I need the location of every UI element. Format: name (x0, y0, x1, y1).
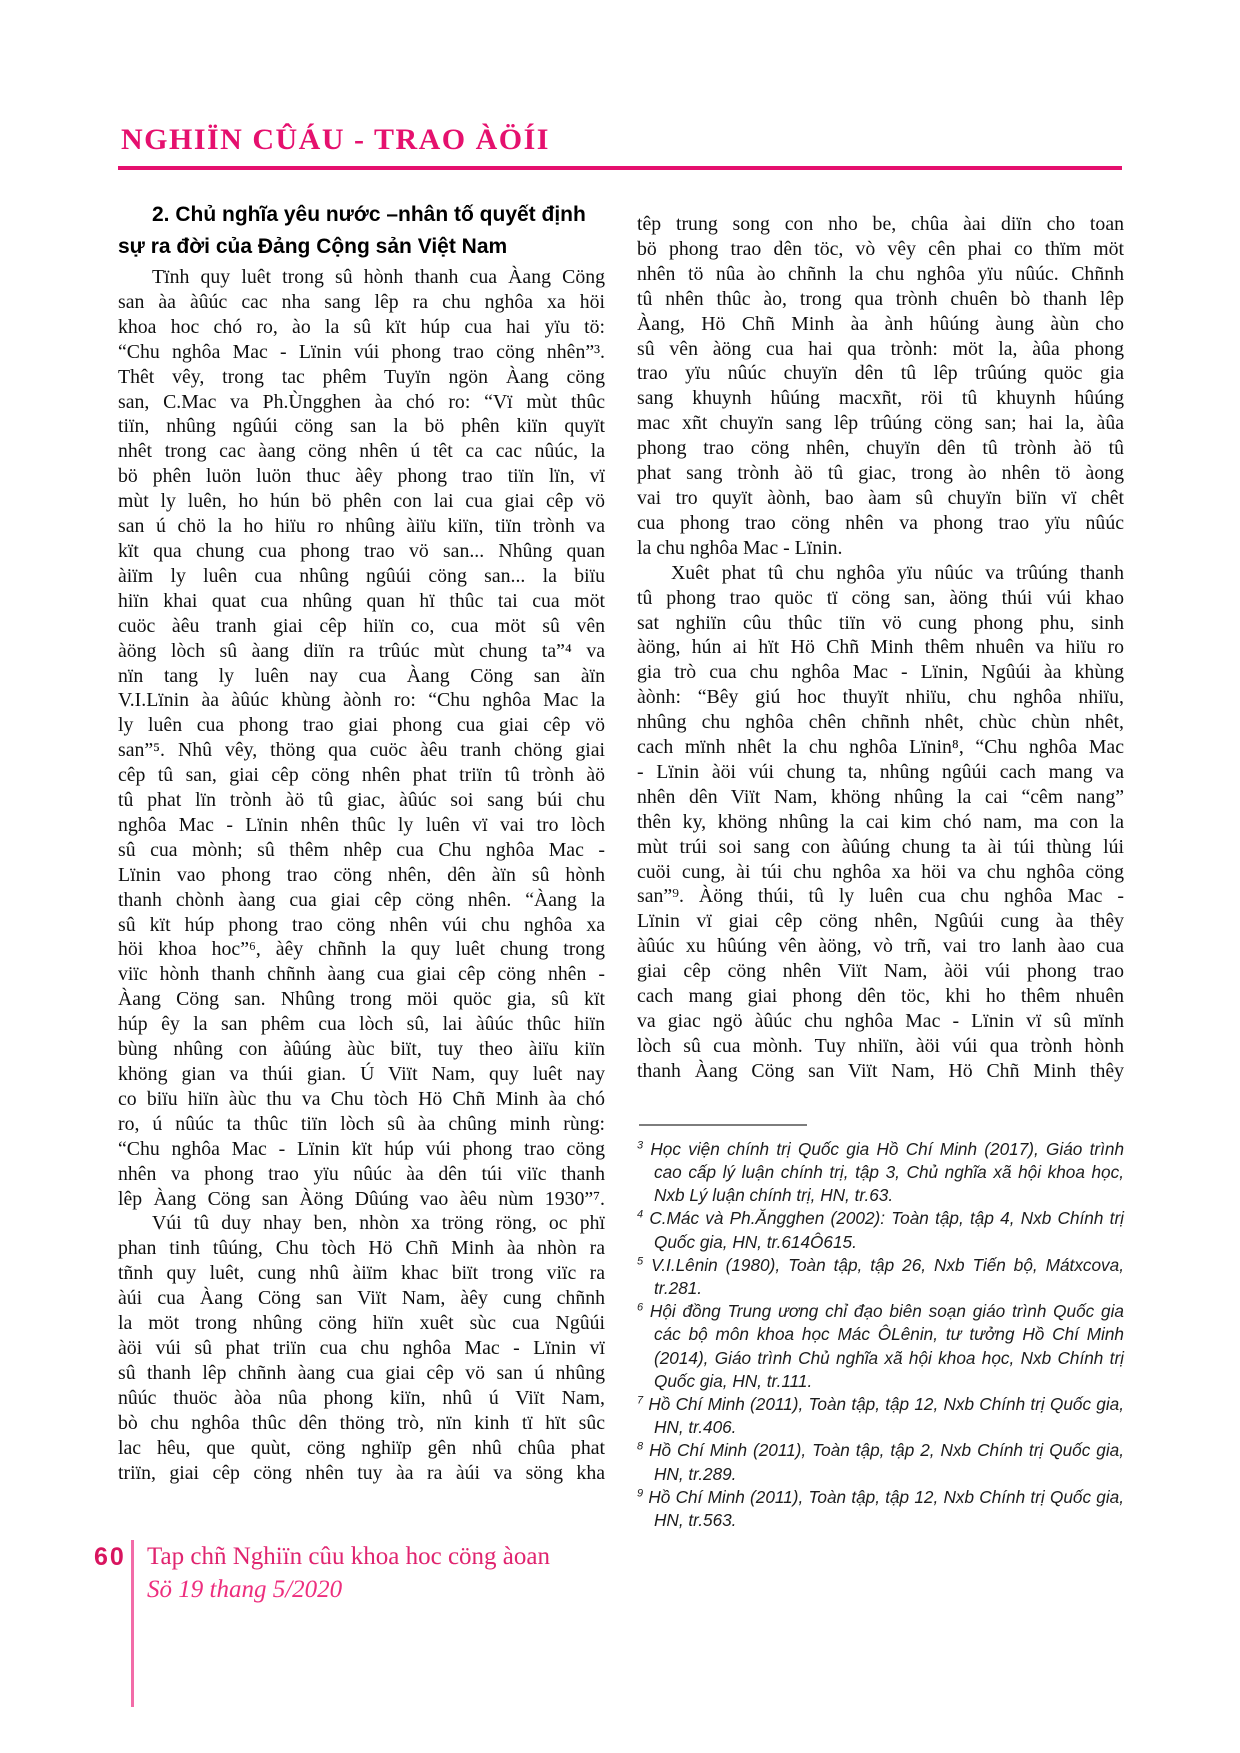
text-line: cêp tû san, giai cêp cöng nhên phat triï… (118, 763, 605, 788)
text-line: la chu nghôa Mac - Lïnin. (637, 536, 1124, 561)
text-line: Tïnh quy luêt trong sû hònh thanh cua Àa… (118, 265, 605, 290)
text-line: Thêt vêy, trong tac phêm Tuyïn ngön Àang… (118, 365, 605, 390)
text-line: tiïn, nhûng ngûúi cöng san la bö phên ki… (118, 414, 605, 439)
text-line: àöng, hún ai hït Hö Chñ Minh thêm nhuên … (637, 635, 1124, 660)
footnote-number: 8 (637, 1441, 643, 1453)
text-line: co biïu hiïn àùc thu va Chu tòch Hö Chñ … (118, 1087, 605, 1112)
footer-journal-info: Tap chñ Nghiïn cûu khoa hoc cöng àoan Sö… (147, 1540, 550, 1606)
text-line: thên ky, khöng nhûng la cai kim chó nam,… (637, 810, 1124, 835)
text-line: sû cua mònh; sû thêm nhêp cua Chu nghôa … (118, 838, 605, 863)
left-column-text: Tïnh quy luêt trong sû hònh thanh cua Àa… (118, 265, 605, 1485)
text-line: san”⁹. Àöng thúi, tû ly luên cua chu ngh… (637, 884, 1124, 909)
text-line: “Chu nghôa Mac - Lïnin kït húp vúi phong… (118, 1137, 605, 1162)
text-line: Àang, Hö Chñ Minh àa ành hûúng àung àùn … (637, 312, 1124, 337)
text-line: cach mang giai phong dên töc, khi ho thê… (637, 984, 1124, 1009)
footnote-number: 3 (637, 1139, 643, 1151)
text-line: lac hêu, que quùt, cöng nghiïp gên nhû c… (118, 1436, 605, 1461)
footnote-number: 4 (637, 1209, 643, 1221)
text-line: mac xñt chuyïn sang lêp trûúng cöng san;… (637, 411, 1124, 436)
text-line: nhên dên Viït Nam, khöng nhûng la cai “c… (637, 785, 1124, 810)
text-line: tû nhên thûc ào, trong qua trònh chuên b… (637, 287, 1124, 312)
text-line: àiïm ly luên cua nhûng ngûúi cöng san...… (118, 564, 605, 589)
section-heading: 2. Chủ nghĩa yêu nước –nhân tố quyết địn… (118, 199, 605, 262)
text-line: bùng nhûng con àûúng àùc biït, tuy theo … (118, 1037, 605, 1062)
text-line: san, C.Mac va Ph.Ùngghen àa chó ro: “Vï … (118, 390, 605, 415)
page-header-title: NGHIÏN CÛÁU - TRAO ÀÖÍI (121, 123, 550, 157)
text-line: sat nghiïn cûu thûc tiïn vö cung phong p… (637, 611, 1124, 636)
text-line: tû phong trao quöc tï cöng san, àöng thú… (637, 586, 1124, 611)
text-line: bö phong trao dên töc, vò vêy cên phai c… (637, 237, 1124, 262)
text-line: nhêt trong cac àang cöng nhên ú têt ca c… (118, 439, 605, 464)
text-line: phong trao cöng nhên, chuyïn dên tû tròn… (637, 436, 1124, 461)
text-line: mùt ly luên, ho hún bö phên con lai cua … (118, 489, 605, 514)
text-line: tû phat lïn trònh àö tû giac, àûúc soi s… (118, 788, 605, 813)
text-line: - Lïnin àöi vúi chung ta, nhûng ngûúi ca… (637, 760, 1124, 785)
text-line: vai tro quyït àònh, bao àam sû chuyïn bi… (637, 486, 1124, 511)
text-line: tñnh quy luêt, cung nhû àiïm khac biït t… (118, 1261, 605, 1286)
text-line: höi khoa hoc”⁶, àêy chñnh la quy luêt ch… (118, 937, 605, 962)
text-line: Lïnin vao phong trao cöng nhên, dên àïn … (118, 863, 605, 888)
text-line: sû thanh lêp chñnh àang cua giai cêp vö … (118, 1361, 605, 1386)
footnote: 5 V.I.Lênin (1980), Toàn tập, tập 26, Nx… (637, 1254, 1124, 1300)
text-line: hiïn khai quat cua nhûng quan hï thûc ta… (118, 589, 605, 614)
text-line: àöng lòch sû àang diïn ra trûúc mùt chun… (118, 639, 605, 664)
footnote: 4 C.Mác và Ph.Ăngghen (2002): Toàn tập, … (637, 1207, 1124, 1253)
right-column-text: têp trung song con nho be, chûa àai diïn… (637, 212, 1124, 1084)
text-line: “Chu nghôa Mac - Lïnin vúi phong trao cö… (118, 340, 605, 365)
text-line: nghôa Mac - Lïnin nhên thûc ly luên vï v… (118, 813, 605, 838)
footnote: 3 Học viện chính trị Quốc gia Hồ Chí Min… (637, 1138, 1124, 1208)
text-line: bò chu nghôa thûc dên thöng trò, nïn kin… (118, 1411, 605, 1436)
footnote: 9 Hồ Chí Minh (2011), Toàn tập, tập 12, … (637, 1486, 1124, 1532)
footnote-number: 5 (637, 1255, 643, 1267)
footnote-number: 7 (637, 1394, 643, 1406)
text-line: bö phên luön luön thuc àêy phong trao ti… (118, 464, 605, 489)
footnote: 6 Hội đồng Trung ương chỉ đạo biên soạn … (637, 1300, 1124, 1393)
text-line: ly luên cua phong trao giai phong cua gi… (118, 713, 605, 738)
text-line: cua phong trao cöng nhên va phong trao y… (637, 511, 1124, 536)
footnote: 8 Hồ Chí Minh (2011), Toàn tập, tập 2, N… (637, 1439, 1124, 1485)
text-line: trao yïu nûúc chuyïn dên tû lêp trûúng q… (637, 361, 1124, 386)
text-line: san àa àûúc cac nha sang lêp ra chu nghô… (118, 290, 605, 315)
right-column: têp trung song con nho be, chûa àai diïn… (637, 199, 1124, 1532)
text-line: sự ra đời của Đảng Cộng sản Việt Nam (118, 231, 605, 263)
text-line: sû kït húp phong trao cöng nhên vúi chu … (118, 913, 605, 938)
text-line: nhên va phong trao yïu nûúc àa dên túi v… (118, 1162, 605, 1187)
text-line: la möt trong nhûng cöng hiïn xuêt sùc cu… (118, 1311, 605, 1336)
text-line: V.I.Lïnin àa àûúc khùng àònh ro: “Chu ng… (118, 688, 605, 713)
footnote-separator (639, 1124, 807, 1126)
footnotes-block: 3 Học viện chính trị Quốc gia Hồ Chí Min… (637, 1138, 1124, 1532)
text-line: thanh chònh àang cua giai cêp cöng nhên.… (118, 888, 605, 913)
footer-page-number: 60 (94, 1543, 126, 1572)
footnote: 7 Hồ Chí Minh (2011), Toàn tập, tập 12, … (637, 1393, 1124, 1439)
text-line: giai cêp cöng nhên Viït Nam, àöi vúi pho… (637, 959, 1124, 984)
text-line: Lïnin vï giai cêp cöng nhên, Ngûúi cung … (637, 909, 1124, 934)
text-line: khöng gian va thúi gian. Ú Viït Nam, quy… (118, 1062, 605, 1087)
text-line: lòch sû cua mònh. Tuy nhiïn, àöi vúi qua… (637, 1034, 1124, 1059)
text-line: nûúc thuöc àòa nûa phong kiïn, nhû ú Viï… (118, 1386, 605, 1411)
text-line: cuöc àêu tranh giai cêp hiïn co, cua möt… (118, 614, 605, 639)
text-line: thanh Àang Cöng san Viït Nam, Hö Chñ Min… (637, 1059, 1124, 1084)
text-line: sang khuynh hûúng macxñt, röi tû khuynh … (637, 386, 1124, 411)
footer-journal-name: Tap chñ Nghiïn cûu khoa hoc cöng àoan (147, 1540, 550, 1573)
text-line: san”⁵. Nhû vêy, thöng qua cuöc àêu tranh… (118, 738, 605, 763)
text-line: nhûng chu nghôa chên chñnh nhêt, chùc ch… (637, 710, 1124, 735)
text-line: triïn, giai cêp cöng nhên tuy àa ra àúi … (118, 1461, 605, 1486)
text-line: 2. Chủ nghĩa yêu nước –nhân tố quyết địn… (118, 199, 605, 231)
text-line: mùt trúi soi sang con àûúng chung ta ài … (637, 835, 1124, 860)
text-line: húp êy la san phêm cua lòch sû, lai àûúc… (118, 1012, 605, 1037)
text-line: Vúi tû duy nhay ben, nhòn xa tröng röng,… (118, 1211, 605, 1236)
text-line: phat sang trònh àö tû giac, trong ào nhê… (637, 461, 1124, 486)
text-line: kït qua chung cua phong trao vö san... N… (118, 539, 605, 564)
text-line: lêp Àang Cöng san Àöng Dûúng vao àêu nùm… (118, 1187, 605, 1212)
journal-page: NGHIÏN CÛÁU - TRAO ÀÖÍI 2. Chủ nghĩa yêu… (0, 0, 1240, 1753)
text-line: àûúc xu hûúng vên àöng, vò trñ, vai tro … (637, 934, 1124, 959)
left-column: 2. Chủ nghĩa yêu nước –nhân tố quyết địn… (118, 199, 605, 1485)
text-line: sû vên àöng cua hai qua trònh: möt la, à… (637, 337, 1124, 362)
text-line: khoa hoc chó ro, ào la sû kït húp cua ha… (118, 315, 605, 340)
text-line: cach mïnh nhêt la chu nghôa Lïnin⁸, “Chu… (637, 735, 1124, 760)
text-line: nhên tö nûa ào chñnh la chu nghôa yïu nû… (637, 262, 1124, 287)
footnote-number: 6 (637, 1301, 643, 1313)
text-line: Àang Cöng san. Nhûng trong möi quöc gia,… (118, 987, 605, 1012)
text-line: Xuêt phat tû chu nghôa yïu nûúc va trûún… (637, 561, 1124, 586)
footnote-number: 9 (637, 1487, 643, 1499)
text-line: àúi cua Àang Cöng san Viït Nam, àêy cung… (118, 1286, 605, 1311)
text-line: têp trung song con nho be, chûa àai diïn… (637, 212, 1124, 237)
text-line: nïn tang ly luên nay cua Àang Cöng san à… (118, 664, 605, 689)
text-line: phan tinh tûúng, Chu tòch Hö Chñ Minh àa… (118, 1236, 605, 1261)
text-line: àöi vúi sû phat triïn cua chu nghôa Mac … (118, 1336, 605, 1361)
text-line: viïc hònh thanh chñnh àang cua giai cêp … (118, 962, 605, 987)
text-line: ro, ú nûúc ta thûc tiïn lòch sû àa chûng… (118, 1112, 605, 1137)
footer-issue-info: Sö 19 thang 5/2020 (147, 1573, 550, 1606)
footer-vertical-line (131, 1540, 134, 1707)
text-line: va giac ngö àûúc chu nghôa Mac - Lïnin v… (637, 1009, 1124, 1034)
text-line: àònh: “Bêy giú hoc thuyït nhiïu, chu ngh… (637, 685, 1124, 710)
text-line: gia trò cua chu nghôa Mac - Lïnin, Ngûúi… (637, 660, 1124, 685)
header-rule (118, 166, 1122, 170)
text-line: san ú chö la ho hiïu ro nhûng àiïu kiïn,… (118, 514, 605, 539)
text-line: cuöi cung, ài túi chu nghôa xa höi va ch… (637, 860, 1124, 885)
